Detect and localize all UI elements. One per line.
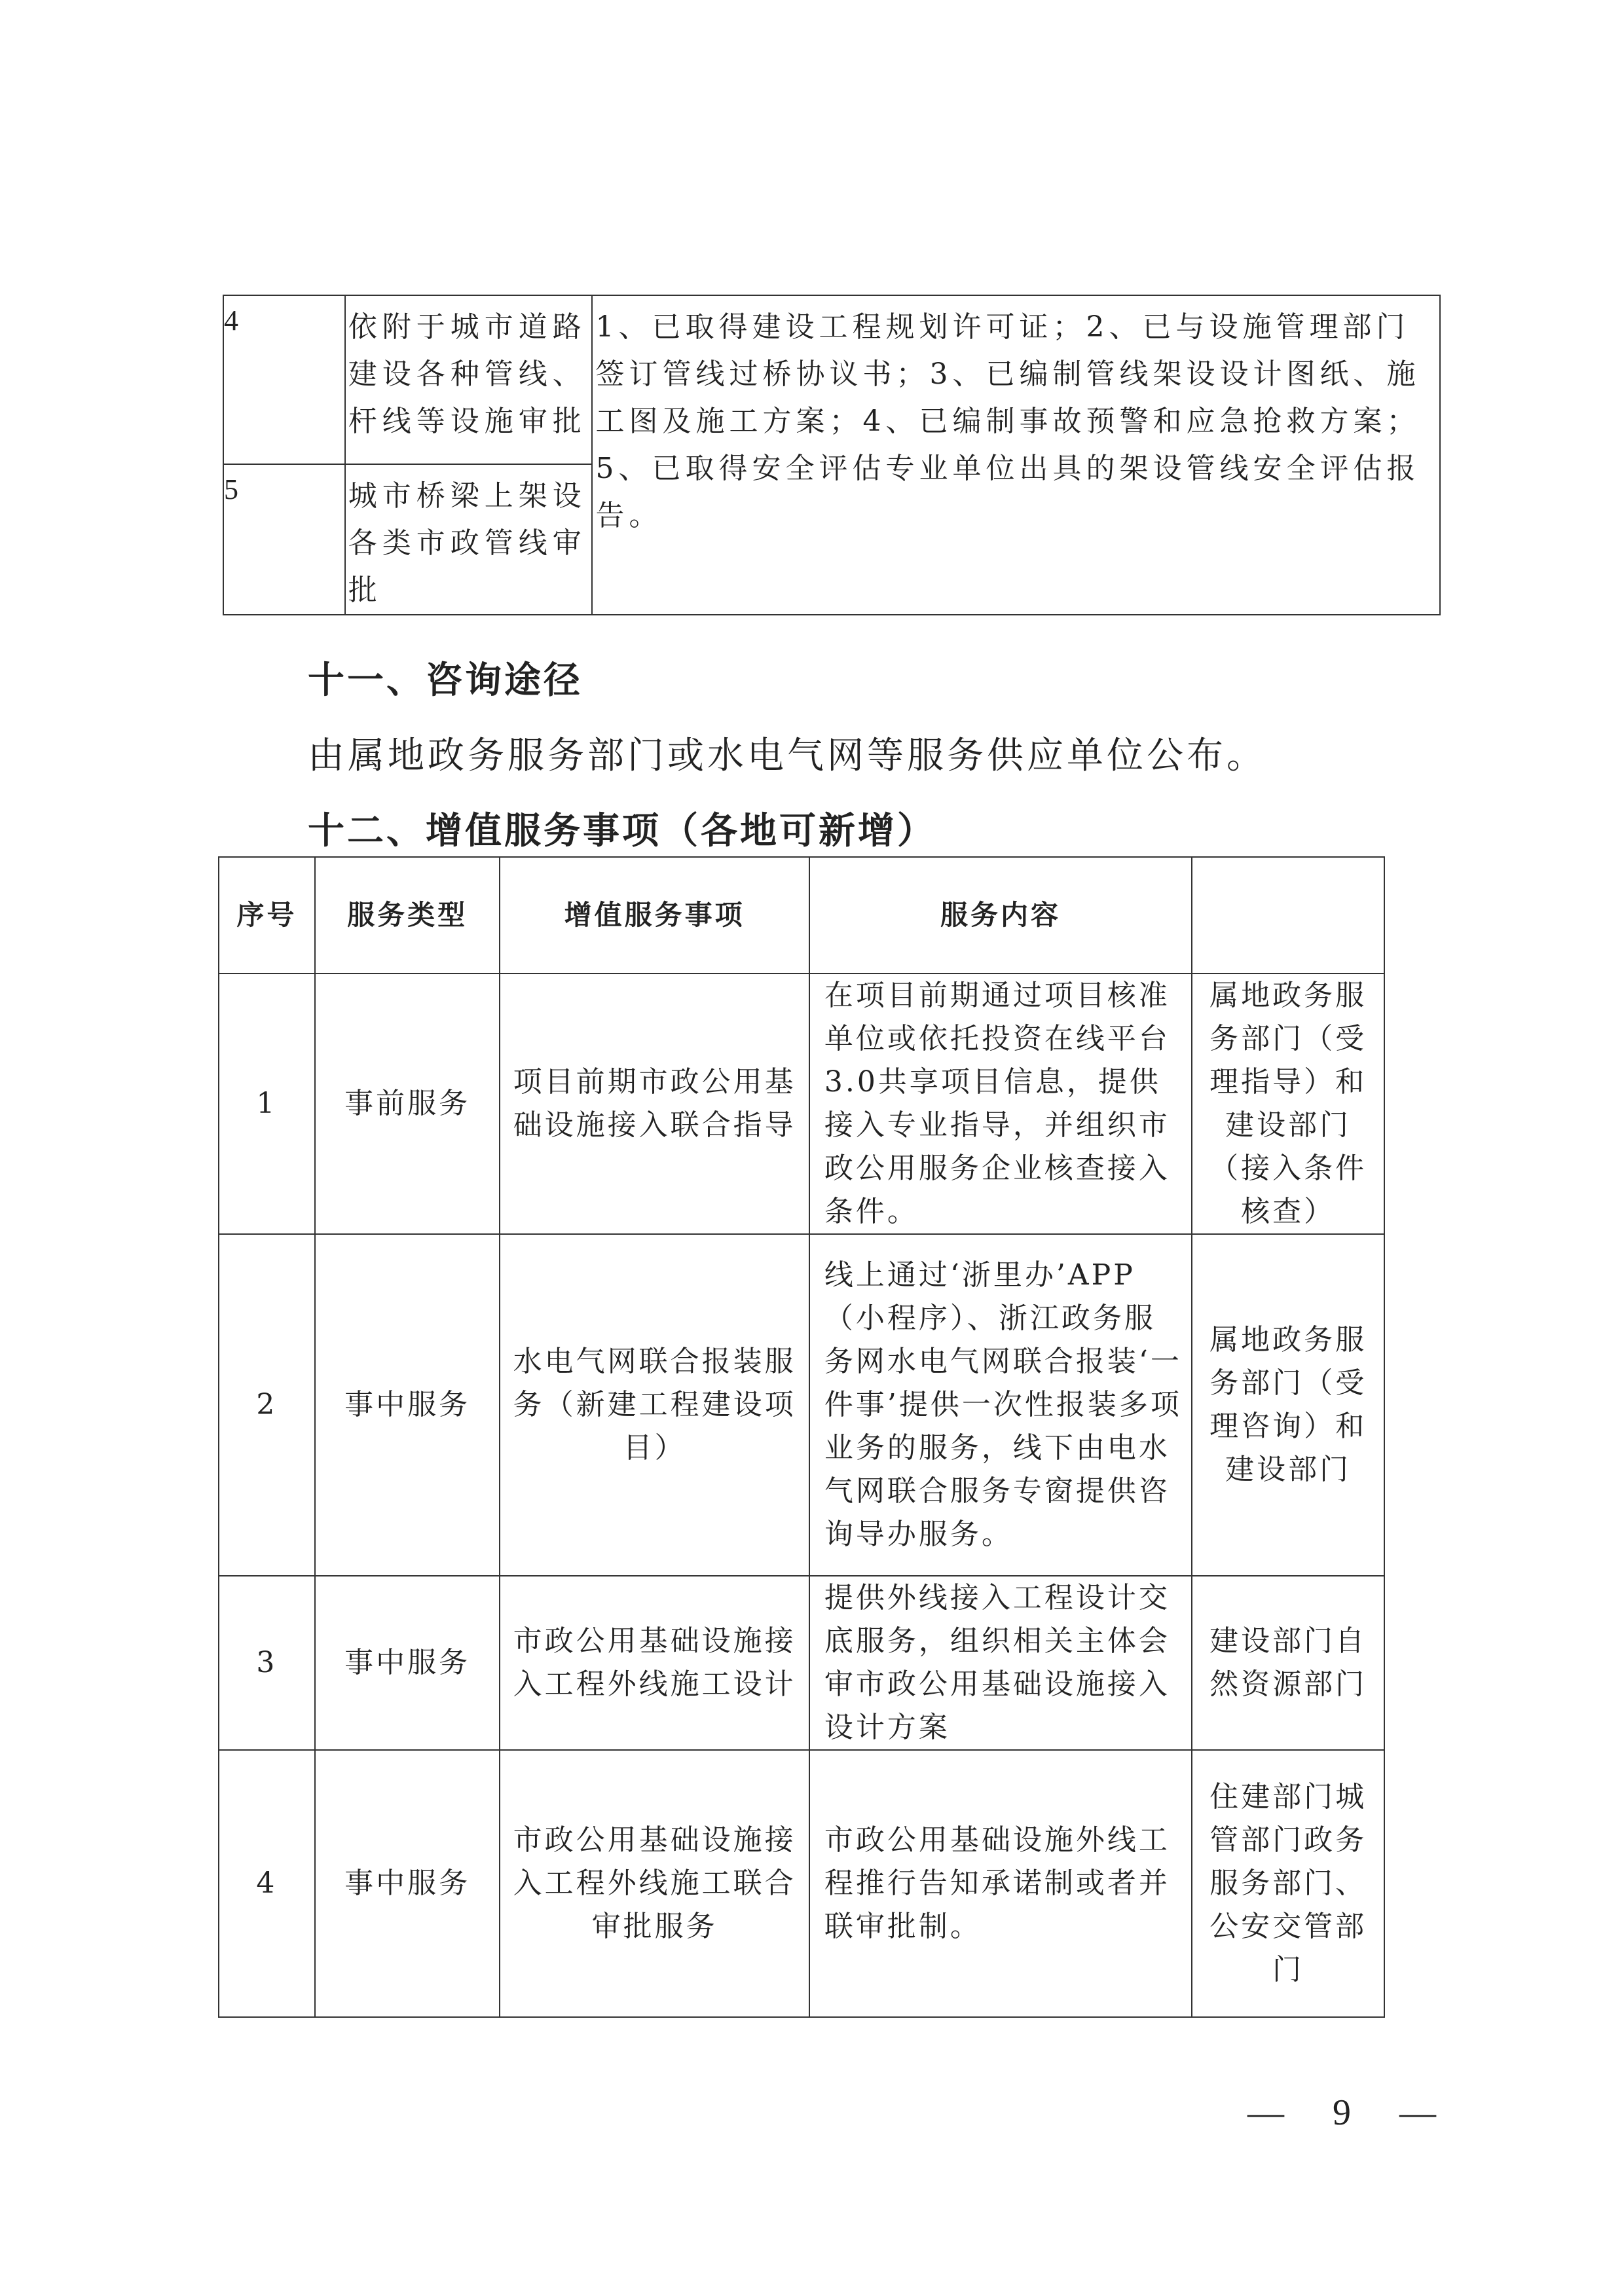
approval-item: 城市桥梁上架设各类市政管线审批	[345, 464, 593, 615]
service-type: 事中服务	[315, 1576, 500, 1750]
table-row: 1 事前服务 项目前期市政公用基础设施接入联合指导 在项目前期通过项目核准单位或…	[219, 974, 1384, 1234]
responsible-department: 建设部门自然资源部门	[1192, 1576, 1384, 1750]
table-row: 4 事中服务 市政公用基础设施接入工程外线施工联合审批服务 市政公用基础设施外线…	[219, 1750, 1384, 2017]
service-item: 市政公用基础设施接入工程外线施工设计	[500, 1576, 809, 1750]
approval-item: 依附于城市道路建设各种管线、杆线等设施审批	[345, 295, 593, 464]
service-content: 线上通过‘浙里办’APP（小程序）、浙江政务服务网水电气网联合报装‘一件事’提供…	[809, 1234, 1192, 1576]
header-no: 序号	[219, 857, 315, 974]
section-heading-consultation: 十一、咨询途径	[308, 651, 583, 704]
row-number: 4	[219, 1750, 315, 2017]
header-service-item: 增值服务事项	[500, 857, 809, 974]
responsible-department: 属地政务服务部门（受理咨询）和建设部门	[1192, 1234, 1384, 1576]
row-number: 4	[223, 295, 345, 464]
row-number: 5	[223, 464, 345, 615]
service-type: 事中服务	[315, 1750, 500, 2017]
page-number: — 9 —	[1247, 2092, 1456, 2134]
consultation-text: 由属地政务服务部门或水电气网等服务供应单位公布。	[308, 727, 1266, 779]
value-added-services-table: 序号 服务类型 增值服务事项 服务内容 1 事前服务 项目前期市政公用基础设施接…	[218, 856, 1385, 2018]
row-number: 3	[219, 1576, 315, 1750]
header-service-content: 服务内容	[809, 857, 1192, 974]
service-item: 项目前期市政公用基础设施接入联合指导	[500, 974, 809, 1234]
responsible-department: 住建部门城管部门政务服务部门、公安交管部门	[1192, 1750, 1384, 2017]
row-number: 2	[219, 1234, 315, 1576]
header-department	[1192, 857, 1384, 974]
service-content: 市政公用基础设施外线工程推行告知承诺制或者并联审批制。	[809, 1750, 1192, 2017]
service-type: 事前服务	[315, 974, 500, 1234]
header-service-type: 服务类型	[315, 857, 500, 974]
service-type: 事中服务	[315, 1234, 500, 1576]
table-row: 2 事中服务 水电气网联合报装服务（新建工程建设项目） 线上通过‘浙里办’APP…	[219, 1234, 1384, 1576]
service-content: 提供外线接入工程设计交底服务，组织相关主体会审市政公用基础设施接入设计方案	[809, 1576, 1192, 1750]
approval-conditions: 1、已取得建设工程规划许可证；2、已与设施管理部门签订管线过桥协议书；3、已编制…	[592, 295, 1440, 615]
approval-conditions-table: 4 依附于城市道路建设各种管线、杆线等设施审批 1、已取得建设工程规划许可证；2…	[223, 295, 1441, 615]
row-number: 1	[219, 974, 315, 1234]
responsible-department: 属地政务服务部门（受理指导）和建设部门（接入条件核查）	[1192, 974, 1384, 1234]
table-row: 3 事中服务 市政公用基础设施接入工程外线施工设计 提供外线接入工程设计交底服务…	[219, 1576, 1384, 1750]
table-header-row: 序号 服务类型 增值服务事项 服务内容	[219, 857, 1384, 974]
service-item: 市政公用基础设施接入工程外线施工联合审批服务	[500, 1750, 809, 2017]
table-row: 4 依附于城市道路建设各种管线、杆线等设施审批 1、已取得建设工程规划许可证；2…	[223, 295, 1440, 464]
service-content: 在项目前期通过项目核准单位或依托投资在线平台3.0共享项目信息，提供接入专业指导…	[809, 974, 1192, 1234]
section-heading-value-added: 十二、增值服务事项（各地可新增）	[308, 802, 936, 854]
service-item: 水电气网联合报装服务（新建工程建设项目）	[500, 1234, 809, 1576]
